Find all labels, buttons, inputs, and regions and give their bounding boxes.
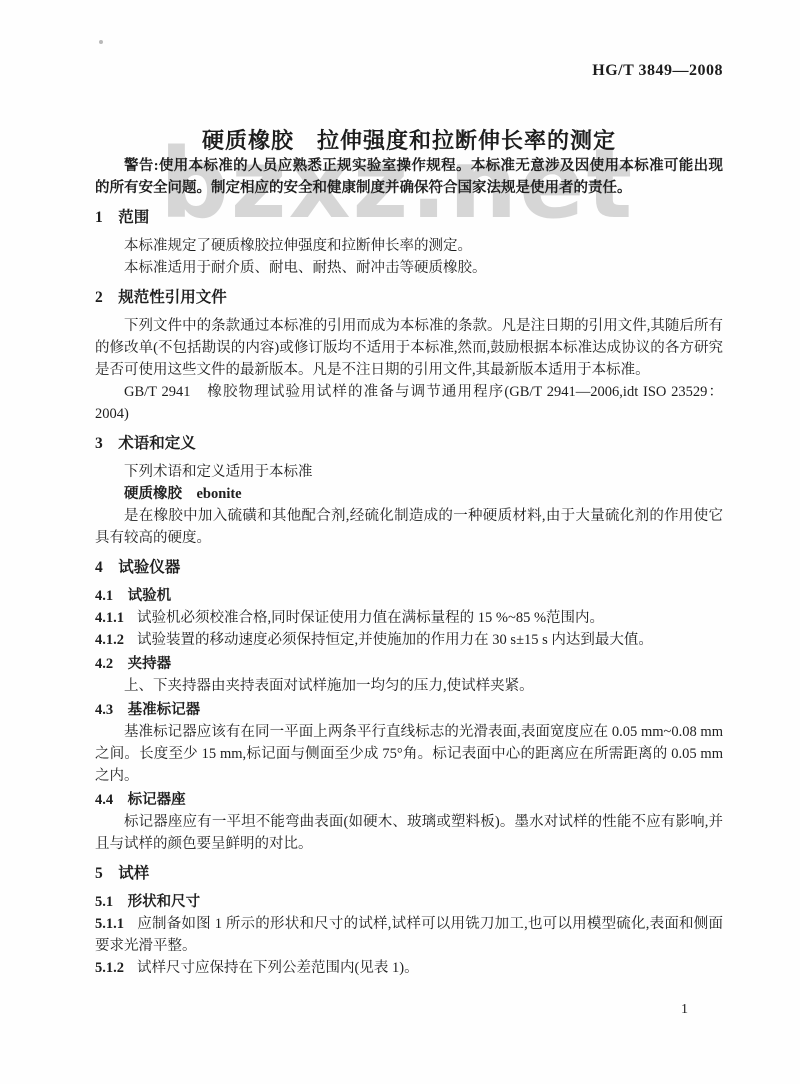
section-5-1-heading: 5.1 形状和尺寸 — [95, 891, 723, 913]
section-4-3-heading: 4.3 基准标记器 — [95, 699, 723, 721]
section-1-heading: 1 范围 — [95, 207, 723, 229]
section-4-3-paragraph: 基准标记器应该有在同一平面上两条平行直线标志的光滑表面,表面宽度应在 0.05 … — [95, 721, 723, 787]
section-4-2-heading: 4.2 夹持器 — [95, 653, 723, 675]
section-4-1-heading: 4.1 试验机 — [95, 585, 723, 607]
section-4-2-paragraph: 上、下夹持器由夹持表面对试样施加一均匀的压力,使试样夹紧。 — [95, 675, 723, 697]
section-2-reference: GB/T 2941 橡胶物理试验用试样的准备与调节通用程序(GB/T 2941—… — [95, 381, 723, 425]
section-1-paragraph-2: 本标准适用于耐介质、耐电、耐热、耐冲击等硬质橡胶。 — [95, 257, 723, 279]
section-4-4-paragraph: 标记器座应有一平坦不能弯曲表面(如硬木、玻璃或塑料板)。墨水对试样的性能不应有影… — [95, 811, 723, 855]
term-ebonite: 硬质橡胶 ebonite — [95, 483, 723, 505]
section-3-intro: 下列术语和定义适用于本标准 — [95, 461, 723, 483]
page-title: 硬质橡胶 拉伸强度和拉断伸长率的测定 — [95, 124, 723, 155]
document-content: HG/T 3849—2008 硬质橡胶 拉伸强度和拉断伸长率的测定 警告:使用本… — [95, 0, 723, 979]
clause-4-1-2-number: 4.1.2 — [95, 632, 124, 648]
section-3-heading: 3 术语和定义 — [95, 433, 723, 455]
clause-5-1-1-number: 5.1.1 — [95, 916, 124, 932]
section-1-paragraph-1: 本标准规定了硬质橡胶拉伸强度和拉断伸长率的测定。 — [95, 235, 723, 257]
clause-4-1-1-text: 试验机必须校准合格,同时保证使用力值在满标量程的 15 %~85 %范围内。 — [137, 610, 604, 626]
warning-paragraph: 警告:使用本标准的人员应熟悉正规实验室操作规程。本标准无意涉及因使用本标准可能出… — [95, 155, 723, 199]
clause-4-1-1: 4.1.1试验机必须校准合格,同时保证使用力值在满标量程的 15 %~85 %范… — [95, 607, 723, 629]
clause-5-1-2-text: 试样尺寸应保持在下列公差范围内(见表 1)。 — [137, 960, 419, 976]
page-number: 1 — [681, 1002, 688, 1018]
clause-4-1-1-number: 4.1.1 — [95, 610, 124, 626]
section-2-heading: 2 规范性引用文件 — [95, 287, 723, 309]
section-4-4-heading: 4.4 标记器座 — [95, 789, 723, 811]
term-definition: 是在橡胶中加入硫磺和其他配合剂,经硫化制造成的一种硬质材料,由于大量硫化剂的作用… — [95, 505, 723, 549]
section-5-heading: 5 试样 — [95, 863, 723, 885]
doc-number: HG/T 3849—2008 — [95, 0, 723, 80]
clause-4-1-2: 4.1.2试验装置的移动速度必须保持恒定,并使施加的作用力在 30 s±15 s… — [95, 629, 723, 651]
clause-4-1-2-text: 试验装置的移动速度必须保持恒定,并使施加的作用力在 30 s±15 s 内达到最… — [137, 632, 653, 648]
clause-5-1-2: 5.1.2试样尺寸应保持在下列公差范围内(见表 1)。 — [95, 957, 723, 979]
section-4-heading: 4 试验仪器 — [95, 557, 723, 579]
clause-5-1-1-text: 应制备如图 1 所示的形状和尺寸的试样,试样可以用铣刀加工,也可以用模型硫化,表… — [95, 916, 723, 954]
clause-5-1-2-number: 5.1.2 — [95, 960, 124, 976]
standard-document-page: bzxz.net HG/T 3849—2008 硬质橡胶 拉伸强度和拉断伸长率的… — [0, 0, 800, 1084]
clause-5-1-1: 5.1.1应制备如图 1 所示的形状和尺寸的试样,试样可以用铣刀加工,也可以用模… — [95, 913, 723, 957]
section-2-paragraph: 下列文件中的条款通过本标准的引用而成为本标准的条款。凡是注日期的引用文件,其随后… — [95, 315, 723, 381]
